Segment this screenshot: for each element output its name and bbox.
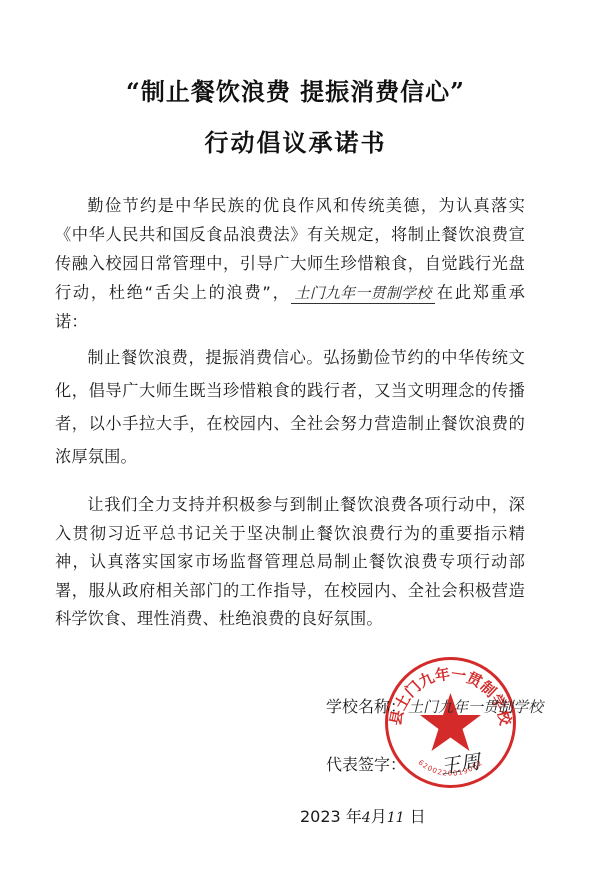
handwritten-school-name: 土门九年一贯制学校 bbox=[291, 283, 436, 304]
school-name-value: 土门九年一贯制学校 bbox=[408, 698, 543, 716]
document-title: “制止餐饮浪费 提振消费信心” bbox=[0, 72, 591, 107]
paragraph-intro: 勤俭节约是中华民族的优良作风和传统美德，为认真落实《中华人民共和国反食品浪费法》… bbox=[55, 191, 525, 336]
representative-label: 代表签字： bbox=[326, 755, 406, 774]
date-day-unit: 日 bbox=[410, 807, 426, 826]
representative-signature-row: 代表签字： bbox=[326, 752, 406, 775]
document-subtitle: 行动倡议承诺书 bbox=[0, 123, 591, 158]
date-day: 11 bbox=[387, 810, 405, 826]
date-month-unit: 月 bbox=[371, 807, 387, 826]
date-year: 2023 bbox=[300, 807, 341, 826]
representative-signature: 王周 bbox=[438, 745, 482, 779]
paragraph-commitment: 制止餐饮浪费，提振消费信心。弘扬勤俭节约的中华传统文化，倡导广大师生既当珍惜粮食… bbox=[55, 341, 525, 473]
date-year-unit: 年 bbox=[346, 807, 362, 826]
school-name-row: 学校名称：土门九年一贯制学校 bbox=[326, 694, 543, 717]
paragraph-call-to-action: 让我们全力支持并积极参与到制止餐饮浪费各项行动中，深入贯彻习近平总书记关于坚决制… bbox=[55, 491, 525, 634]
school-name-label: 学校名称： bbox=[326, 697, 406, 716]
date-month: 4 bbox=[362, 810, 371, 826]
date: 2023 年4月11 日 bbox=[300, 804, 426, 827]
